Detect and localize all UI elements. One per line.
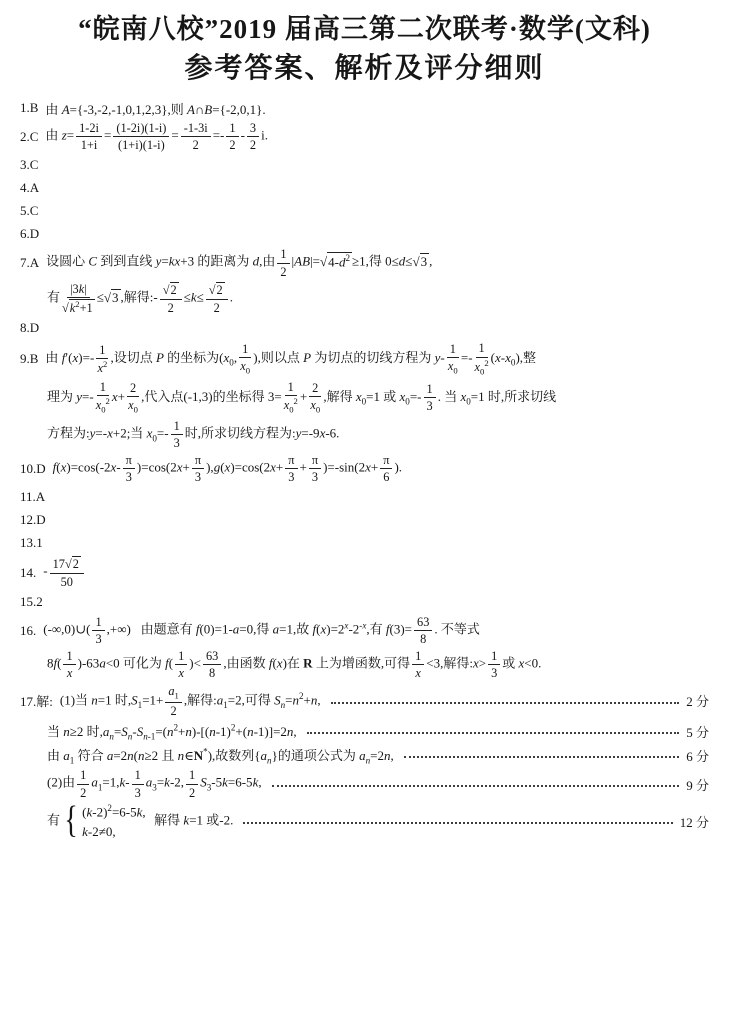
answer-line: 10.Df(x)=cos(-2x-π3)=cos(2x+π3),g(x)=cos… (20, 453, 709, 484)
math-variable: n (247, 724, 254, 739)
math-sqrt: √4-d2 (320, 252, 352, 270)
math-fraction: √22 (160, 282, 182, 314)
line-content: 由 z=1-2i1+i=(1-2i)(1-i)(1+i)(1-i)=-1-3i2… (45, 121, 268, 152)
math-variable: f (196, 622, 200, 637)
sqrt-content: 2 (216, 282, 225, 297)
line-content: 由 A={-3,-2,-1,0,1,2,3},则 A∩B={-2,0,1}. (45, 99, 265, 118)
line-content: 方程为:y=-x+2;当 x0=-13时,所求切线方程为:y=-9x-6. (47, 419, 339, 450)
math-variable: x (365, 460, 371, 475)
math-subscript: 0 (453, 366, 457, 376)
answer-line: 2.C由 z=1-2i1+i=(1-2i)(1-i)(1+i)(1-i)=-1-… (20, 121, 709, 152)
math-fraction: 12 (277, 247, 289, 278)
sqrt-content: 2 (170, 282, 179, 297)
score-label: 12 分 (680, 812, 709, 831)
dotted-leader (404, 756, 680, 758)
math-variable: n (178, 748, 185, 763)
math-subscript: 0 (229, 358, 234, 368)
math-subscript: n (109, 732, 114, 742)
fraction-numerator: π (285, 453, 297, 469)
math-fraction: 13 (488, 649, 500, 680)
math-variable: k (253, 775, 259, 790)
math-fraction: π3 (285, 453, 297, 484)
fraction-numerator: 63 (414, 615, 432, 631)
dotted-leader (272, 785, 680, 787)
math-bold-symbol: R (303, 656, 312, 671)
math-variable: d (253, 254, 260, 269)
answers-list: 1.B由 A={-3,-2,-1,0,1,2,3},则 A∩B={-2,0,1}… (20, 98, 709, 840)
item-number: 4.A (20, 180, 39, 196)
item-number: 1.B (20, 100, 38, 116)
math-variable: k (86, 804, 92, 819)
math-sqrt: √3 (104, 289, 121, 306)
fraction-denominator: 3 (312, 469, 318, 484)
math-variable: P (156, 350, 164, 365)
math-variable: x (320, 425, 326, 440)
fraction-numerator: a1 (165, 684, 181, 703)
math-superscript: 2 (107, 803, 112, 813)
answer-line: 5.C (20, 201, 709, 221)
score-label: 9 分 (686, 775, 709, 794)
math-subscript: 0 (466, 396, 471, 406)
answer-line: 有{(k-2)2=6-5k,k-2≠0, 解得 k=1 或-2.12 分 (20, 803, 709, 840)
math-fraction: π3 (192, 453, 204, 484)
line-content: (2)由12a1=1,k-13a3=k-2,12S3-5k=6-5k, (47, 768, 262, 799)
fraction-denominator: 8 (209, 665, 215, 680)
math-superscript: * (203, 746, 208, 756)
fraction-denominator: (1+i)(1-i) (118, 137, 165, 152)
fraction-numerator: 1 (239, 342, 251, 358)
item-number: 3.C (20, 157, 38, 173)
fraction-denominator: x0 (310, 397, 320, 415)
fraction-denominator: x0 (448, 358, 458, 376)
math-variable: n (143, 732, 148, 742)
line-content: 当 n≥2 时,an=Sn-Sn-1=(n2+n)-[(n-1)2+(n-1)]… (47, 721, 297, 742)
math-variable: d (399, 254, 406, 269)
math-variable: y (156, 254, 162, 269)
answer-line: 17.解:(1)当 n=1 时,S1=1+a12,解得:a1=2,可得 Sn=n… (20, 684, 709, 719)
page-subtitle: 参考答案、解析及评分细则 (20, 51, 709, 86)
math-variable: k (164, 775, 170, 790)
math-variable: n (287, 724, 294, 739)
line-content: f(x)=cos(-2x-π3)=cos(2x+π3),g(x)=cos(2x+… (53, 453, 402, 484)
answer-line: 3.C (20, 155, 709, 175)
math-fraction: 638 (414, 615, 432, 646)
fraction-numerator: 1 (96, 343, 108, 359)
math-variable: P (303, 350, 311, 365)
item-number: 14. (20, 565, 36, 581)
item-number: 2.C (20, 129, 38, 145)
math-variable: n (109, 732, 114, 742)
math-variable: AB (294, 254, 310, 269)
math-variable: x (415, 666, 420, 680)
math-variable: n (91, 692, 98, 707)
sqrt-radical-icon: √ (104, 290, 111, 306)
math-variable: B (204, 102, 212, 117)
math-variable: n (127, 748, 134, 763)
fraction-denominator: √k2+1 (62, 298, 95, 315)
math-sqrt: √2 (209, 282, 225, 297)
fraction-numerator: 1 (171, 419, 183, 435)
math-fraction: 13 (92, 615, 104, 646)
fraction-denominator: 50 (61, 574, 73, 589)
math-variable: k (79, 282, 84, 296)
math-fraction: √22 (206, 282, 228, 314)
math-variable: n (185, 724, 192, 739)
math-subscript: n (128, 732, 133, 742)
math-subscript: 3 (152, 783, 157, 793)
answer-line: 当 n≥2 时,an=Sn-Sn-1=(n2+n)-[(n-1)2+(n-1)]… (20, 721, 709, 742)
fraction-numerator: 1 (186, 768, 198, 784)
math-fraction: 1x02 (96, 380, 110, 416)
math-variable: A (187, 102, 195, 117)
fraction-denominator: 2 (229, 137, 235, 152)
math-subscript: 3 (207, 783, 212, 793)
math-variable: a (273, 622, 280, 637)
math-sqrt: √2 (163, 282, 179, 297)
fraction-denominator: 6 (383, 469, 389, 484)
math-fraction: |3k|√k2+1 (62, 282, 95, 315)
title-block: “皖南八校”2019 届高三第二次联考·数学(文科) 参考答案、解析及评分细则 (20, 12, 709, 86)
math-superscript: x (344, 620, 348, 630)
math-variable: y (296, 425, 302, 440)
fraction-denominator: 2 (189, 785, 195, 800)
cases-brace: { (64, 804, 78, 838)
math-fraction: 2x0 (127, 381, 139, 416)
item-number: 16. (20, 623, 36, 639)
math-variable: n (366, 755, 371, 765)
math-variable: x (277, 656, 283, 671)
math-superscript: -x (359, 620, 366, 630)
score-label: 2 分 (686, 691, 709, 710)
fraction-numerator: 1-2i (76, 121, 102, 137)
fraction-numerator: π (380, 453, 392, 469)
fraction-denominator: x0 (128, 397, 138, 415)
line-content: 由 a1 符合 a=2n(n≥2 且 n∈N*),故数列{an}的通项公式为 a… (47, 745, 394, 766)
fraction-denominator: 3 (174, 435, 180, 450)
line-content: 理为 y=-1x02x+2x0,代入点(-1,3)的坐标得 3=1x02+2x0… (47, 380, 556, 416)
item-number: 13.1 (20, 535, 43, 551)
item-number: 8.D (20, 320, 39, 336)
math-variable: f (62, 350, 66, 365)
item-number: 17.解: (20, 691, 53, 710)
math-fraction: a12 (165, 684, 181, 719)
fraction-numerator: 63 (203, 649, 221, 665)
fraction-denominator: 8 (420, 631, 426, 646)
fraction-numerator: π (123, 453, 135, 469)
math-variable: k (191, 290, 197, 305)
fraction-numerator: (1-2i)(1-i) (113, 121, 169, 137)
fraction-denominator: 2 (280, 264, 286, 279)
item-number: 15.2 (20, 594, 43, 610)
math-fraction: 1x02 (284, 380, 298, 416)
fraction-numerator: 1 (285, 380, 297, 396)
answer-line: 9.B由 f′(x)=-1x2,设切点 P 的坐标为(x0,1x0),则以点 P… (20, 341, 709, 377)
fraction-denominator: 2 (250, 137, 256, 152)
fraction-numerator: 1 (132, 768, 144, 784)
answer-line: 7.A设圆心 C 到到直线 y=kx+3 的距离为 d,由12|AB|=√4-d… (20, 247, 709, 278)
line-content: (1)当 n=1 时,S1=1+a12,解得:a1=2,可得 Sn=n2+n, (60, 684, 321, 719)
math-variable: k (222, 775, 228, 790)
line-content: 有{(k-2)2=6-5k,k-2≠0, 解得 k=1 或-2. (47, 803, 233, 840)
fraction-numerator: 1 (476, 341, 488, 357)
math-variable: kx (169, 254, 181, 269)
fraction-numerator: π (309, 453, 321, 469)
math-fraction: 1x02 (475, 341, 489, 377)
fraction-denominator: 3 (491, 665, 497, 680)
math-subscript: 1 (175, 690, 179, 700)
math-fraction: 1-2i1+i (76, 121, 102, 152)
fraction-numerator: 1 (424, 382, 436, 398)
math-fraction: π6 (380, 453, 392, 484)
fraction-denominator: x (415, 665, 420, 680)
fraction-denominator: 3 (126, 469, 132, 484)
math-variable: f (386, 622, 390, 637)
dotted-leader (307, 732, 680, 734)
fraction-numerator: 1 (277, 247, 289, 263)
fraction-numerator: 1 (226, 121, 238, 137)
math-subscript: 0 (134, 404, 138, 414)
answer-line: 1.B由 A={-3,-2,-1,0,1,2,3},则 A∩B={-2,0,1}… (20, 98, 709, 118)
math-variable: f (165, 656, 169, 671)
answer-line: 16.(-∞,0)∪(13,+∞) 由题意有 f(0)=1-a=0,得 a=1,… (20, 615, 709, 646)
answer-line: 有|3k|√k2+1≤√3,解得:-√22≤k≤√22. (20, 282, 709, 315)
math-variable: f (53, 460, 57, 475)
fraction-denominator: 3 (427, 398, 433, 413)
math-fraction: 1x0 (239, 342, 251, 377)
sqrt-content: 3 (111, 289, 121, 306)
math-fraction: 2x0 (309, 381, 321, 416)
fraction-numerator: √2 (160, 282, 182, 299)
math-variable: n (138, 748, 145, 763)
fraction-denominator: 2 (171, 703, 177, 718)
fraction-numerator: 1 (77, 768, 89, 784)
math-fraction: 12 (226, 121, 238, 152)
math-variable: k (119, 775, 125, 790)
math-variable: y (90, 425, 96, 440)
math-superscript: 2 (299, 691, 304, 701)
math-cases: {(k-2)2=6-5k,k-2≠0, (62, 803, 146, 840)
fraction-numerator: 3 (247, 121, 259, 137)
fraction-numerator: |3k| (67, 282, 90, 298)
math-variable: a (99, 656, 106, 671)
fraction-denominator: x02 (284, 396, 298, 416)
math-fraction: 1x (63, 649, 75, 680)
answer-line: 11.A (20, 487, 709, 507)
math-sqrt: √3 (412, 253, 429, 270)
cases-line: (k-2)2=6-5k, (82, 803, 146, 820)
math-variable: x (519, 656, 525, 671)
math-fraction: 12 (186, 768, 198, 799)
fraction-denominator: 2 (193, 137, 199, 152)
line-content: 设圆心 C 到到直线 y=kx+3 的距离为 d,由12|AB|=√4-d2≥1… (46, 247, 432, 278)
math-variable: x (177, 460, 183, 475)
fraction-denominator: x0 (240, 358, 250, 376)
math-sqrt: √k2+1 (62, 299, 95, 315)
sqrt-content: 3 (420, 253, 430, 270)
math-variable: n (267, 755, 272, 765)
math-variable: x (112, 389, 118, 404)
fraction-numerator: √2 (206, 282, 228, 299)
math-subscript: n (267, 755, 272, 765)
sqrt-content: 4-d2 (327, 252, 352, 270)
fraction-denominator: 1+i (81, 137, 98, 152)
answer-line: 14.-17√250 (20, 556, 709, 588)
math-subscript: n-1 (143, 732, 155, 742)
answer-line: 6.D (20, 224, 709, 244)
math-subscript: 0 (362, 396, 367, 406)
item-number: 6.D (20, 226, 39, 242)
math-fraction: 1x0 (447, 342, 459, 377)
line-content: 由 f′(x)=-1x2,设切点 P 的坐标为(x0,1x0),则以点 P 为切… (45, 341, 536, 377)
math-fraction: 13 (424, 382, 436, 413)
math-subscript: 0 (316, 404, 320, 414)
sqrt-radical-icon: √ (209, 283, 216, 297)
item-number: 11.A (20, 489, 45, 505)
item-number: 9.B (20, 351, 38, 367)
line-content: (-∞,0)∪(13,+∞) 由题意有 f(0)=1-a=0,得 a=1,故 f… (43, 615, 480, 646)
math-variable: a (233, 622, 240, 637)
answer-line: 理为 y=-1x02x+2x0,代入点(-1,3)的坐标得 3=1x02+2x0… (20, 380, 709, 416)
math-subscript: 0 (101, 405, 105, 415)
fraction-denominator: x02 (96, 396, 110, 416)
item-number: 12.D (20, 512, 46, 528)
math-fraction: 638 (203, 649, 221, 680)
item-number: 7.A (20, 255, 39, 271)
math-variable: x (473, 656, 479, 671)
item-number: 10.D (20, 461, 46, 477)
fraction-denominator: 3 (135, 785, 141, 800)
math-variable: x (178, 666, 183, 680)
math-variable: x (107, 425, 113, 440)
math-subscript: 1 (98, 783, 103, 793)
cases-line: k-2≠0, (82, 824, 146, 840)
math-subscript: 1 (70, 755, 75, 765)
math-variable: k (183, 812, 189, 827)
math-variable: n (209, 724, 216, 739)
math-variable: x (225, 460, 231, 475)
fraction-denominator: x2 (97, 359, 107, 375)
sqrt-radical-icon: √ (320, 254, 327, 270)
math-subscript: 0 (152, 433, 157, 443)
answer-line: 13.1 (20, 533, 709, 553)
fraction-denominator: x (178, 665, 183, 680)
math-variable: f (312, 622, 316, 637)
math-variable: x (73, 350, 79, 365)
math-variable: k (137, 804, 143, 819)
math-superscript: 2 (484, 358, 488, 368)
math-variable: n (311, 692, 318, 707)
answer-line: 由 a1 符合 a=2n(n≥2 且 n∈N*),故数列{an}的通项公式为 a… (20, 745, 709, 766)
fraction-numerator: 2 (309, 381, 321, 397)
answer-line: (2)由12a1=1,k-13a3=k-2,12S3-5k=6-5k,9 分 (20, 768, 709, 799)
fraction-numerator: 1 (447, 342, 459, 358)
answer-line: 15.2 (20, 592, 709, 612)
math-superscript: 2 (173, 723, 178, 733)
math-variable: f (269, 656, 273, 671)
math-variable: z (62, 128, 67, 143)
math-variable: x (495, 350, 501, 365)
fraction-denominator: 3 (288, 469, 294, 484)
score-label: 6 分 (686, 746, 709, 765)
exam-answer-sheet: “皖南八校”2019 届高三第二次联考·数学(文科) 参考答案、解析及评分细则 … (0, 0, 729, 840)
math-subscript: 0 (289, 405, 293, 415)
sqrt-radical-icon: √ (65, 557, 72, 571)
math-superscript: 2 (294, 396, 298, 406)
answer-line: 12.D (20, 510, 709, 530)
math-variable: k (82, 824, 88, 839)
math-subscript: n (281, 699, 286, 709)
math-variable: C (88, 254, 97, 269)
fraction-denominator: 2 (168, 300, 174, 315)
line-content: 有|3k|√k2+1≤√3,解得:-√22≤k≤√22. (47, 282, 233, 315)
math-variable: x (270, 460, 276, 475)
math-subscript: n (366, 755, 371, 765)
math-variable: n (384, 748, 391, 763)
math-variable: a (107, 748, 114, 763)
math-fraction: 1x (412, 649, 424, 680)
fraction-numerator: -1-3i (181, 121, 211, 137)
math-bold-symbol: N (194, 748, 203, 763)
fraction-denominator: x (67, 665, 72, 680)
math-fraction: π3 (123, 453, 135, 484)
math-variable: x (61, 460, 67, 475)
fraction-numerator: 1 (412, 649, 424, 665)
fraction-denominator: 3 (95, 631, 101, 646)
math-variable: x (344, 620, 348, 630)
math-variable: x (111, 460, 117, 475)
math-fraction: 13 (132, 768, 144, 799)
math-subscript: 0 (246, 366, 250, 376)
page-title: “皖南八校”2019 届高三第二次联考·数学(文科) (20, 12, 709, 47)
fraction-numerator: 1 (92, 615, 104, 631)
fraction-denominator: x02 (475, 358, 489, 378)
math-subscript: 0 (511, 358, 516, 368)
math-variable: f (54, 656, 58, 671)
math-superscript: 2 (75, 299, 79, 309)
math-variable: A (62, 102, 70, 117)
math-variable: x (320, 622, 326, 637)
math-variable: y (435, 350, 441, 365)
math-variable: n (63, 724, 70, 739)
math-sqrt: √2 (65, 556, 81, 571)
math-fraction: 32 (247, 121, 259, 152)
math-superscript: 2 (231, 723, 236, 733)
answer-line: 8f(1x)-63a<0 可化为 f(1x)<638,由函数 f(x)在 R 上… (20, 649, 709, 680)
fraction-numerator: π (192, 453, 204, 469)
math-superscript: 2 (106, 396, 110, 406)
dotted-leader (243, 822, 672, 824)
math-fraction: 1x (175, 649, 187, 680)
math-fraction: 13 (171, 419, 183, 450)
math-fraction: (1-2i)(1-i)(1+i)(1-i) (113, 121, 169, 152)
line-content: -17√250 (43, 556, 86, 588)
math-variable: n (128, 732, 133, 742)
math-variable: x (67, 666, 72, 680)
sqrt-content: 2 (72, 556, 81, 571)
answer-line: 8.D (20, 318, 709, 338)
math-variable: y (76, 389, 82, 404)
math-subscript: 1 (223, 699, 228, 709)
fraction-numerator: 17√2 (50, 556, 84, 573)
math-variable: x (362, 620, 366, 630)
math-subscript: 1 (138, 699, 143, 709)
fraction-denominator: 2 (214, 300, 220, 315)
fraction-numerator: 2 (127, 381, 139, 397)
math-superscript: 2 (345, 253, 350, 263)
math-variable: n (281, 699, 286, 709)
fraction-numerator: 1 (97, 380, 109, 396)
line-content: 8f(1x)-63a<0 可化为 f(1x)<638,由函数 f(x)在 R 上… (47, 649, 541, 680)
